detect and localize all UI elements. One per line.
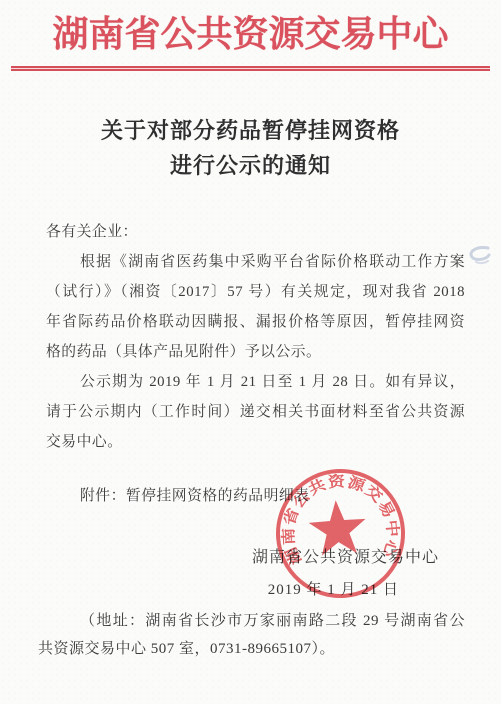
ink-smudge-mark — [462, 240, 496, 272]
body-line: 公示期为 2019 年 1 月 21 日至 1 月 28 日。如有异议， — [46, 367, 465, 397]
body-line: 格的药品（具体产品见附件）予以公示。 — [46, 337, 465, 367]
body-line: 根据《湖南省医药集中采购平台省际价格联动工作方案 — [46, 247, 465, 277]
body-line: （试行）》（湘资〔2017〕57 号）有关规定，现对我省 2018 — [46, 277, 465, 307]
letterhead-org-name: 湖南省公共资源交易中心 — [0, 10, 501, 58]
official-seal: 湖南省公共资源交易中心 — [267, 460, 413, 606]
doc-title-line1: 关于对部分药品暂停挂网资格 — [0, 113, 501, 148]
body-line-salutation: 各有关企业： — [46, 217, 465, 247]
body-line: 请于公示期内（工作时间）递交相关书面材料至省公共资源 — [46, 397, 465, 427]
document-page: 湖南省公共资源交易中心 关于对部分药品暂停挂网资格 进行公示的通知 各有关企业：… — [0, 0, 501, 704]
address-line2: 共资源交易中心 507 室，0731-89665107）。 — [38, 635, 465, 663]
doc-title: 关于对部分药品暂停挂网资格 进行公示的通知 — [0, 113, 501, 183]
letterhead: 湖南省公共资源交易中心 — [0, 0, 501, 71]
doc-title-line2: 进行公示的通知 — [0, 148, 501, 183]
letterhead-divider — [11, 66, 490, 71]
body-line: 交易中心。 — [46, 427, 465, 457]
footer-address: （地址：湖南省长沙市万家丽南路二段 29 号湖南省公 共资源交易中心 507 室… — [46, 607, 465, 663]
address-line1: （地址：湖南省长沙市万家丽南路二段 29 号湖南省公 — [46, 607, 465, 635]
star-icon — [307, 498, 368, 556]
body-line: 年省际药品价格联动因瞒报、漏报价格等原因，暂停挂网资 — [46, 307, 465, 337]
